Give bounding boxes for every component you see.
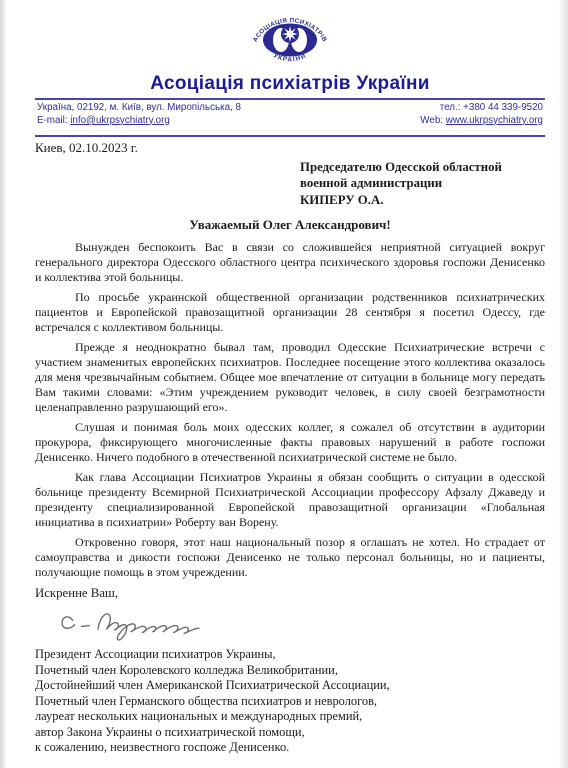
org-title: Асоціація психіатрів України	[35, 73, 545, 94]
body-paragraph: Как глава Ассоциации Психиатров Украины …	[35, 470, 545, 530]
addressee-block: Председателю Одесской областной военной …	[300, 159, 545, 209]
body-paragraph: Прежде я неоднократно бывал там, проводи…	[35, 340, 545, 415]
credential-line: автор Закона Украины о психиатрической п…	[35, 725, 545, 741]
org-logo: АСОЦІАЦІЯ ПСИХІАТРІВ УКРАЇНИ	[35, 6, 545, 72]
credential-line: Почетный член Германского общества психи…	[35, 694, 545, 710]
addressee-line: КИПЕРУ О.А.	[300, 192, 545, 209]
credential-line: к сожалению, неизвестного госпоже Денисе…	[35, 740, 545, 756]
signature-scribble	[43, 603, 545, 643]
header-rule-bottom	[35, 135, 545, 137]
org-email-line: E-mail: info@ukrpsychiatry.org	[37, 115, 241, 128]
credential-line: Достойнейший член Американской Психиатри…	[35, 678, 545, 694]
credential-line: Почетный член Королевского колледжа Вели…	[35, 663, 545, 679]
web-label: Web:	[420, 115, 445, 126]
credential-line: лауреат нескольких национальных и междун…	[35, 709, 545, 725]
letter-page: АСОЦІАЦІЯ ПСИХІАТРІВ УКРАЇНИ Асоціація п…	[0, 0, 568, 756]
body-paragraph: По просьбе украинской общественной орган…	[35, 290, 545, 335]
email-link: info@ukrpsychiatry.org	[70, 115, 170, 126]
contact-bar: Україна, 02192, м. Київ, вул. Миропільсь…	[35, 100, 545, 131]
body-paragraph: Откровенно говоря, этот наш национальный…	[35, 535, 545, 580]
date-place: Киев, 02.10.2023 г.	[35, 140, 545, 155]
org-logo-image: АСОЦІАЦІЯ ПСИХІАТРІВ УКРАЇНИ	[248, 6, 332, 72]
body-paragraph: Вынужден беспокоить Вас в связи со сложи…	[35, 240, 545, 285]
org-address: Україна, 02192, м. Київ, вул. Миропільсь…	[37, 102, 241, 115]
addressee-line: военной администрации	[300, 175, 545, 192]
org-phone: тел.: +380 44 339-9520	[420, 102, 543, 115]
contact-right: тел.: +380 44 339-9520 Web: www.ukrpsych…	[420, 102, 543, 128]
credentials-block: Президент Ассоциации психиатров Украины,…	[35, 647, 545, 756]
closing-phrase: Искренне Ваш,	[35, 585, 545, 601]
web-link: www.ukrpsychiatry.org	[446, 115, 543, 126]
addressee-line: Председателю Одесской областной	[300, 159, 545, 176]
credential-line: Президент Ассоциации психиатров Украины,	[35, 647, 545, 663]
starburst-icon	[282, 26, 298, 42]
letter-body: Вынужден беспокоить Вас в связи со сложи…	[35, 240, 545, 580]
org-web-line: Web: www.ukrpsychiatry.org	[420, 115, 543, 128]
contact-left: Україна, 02192, м. Київ, вул. Миропільсь…	[37, 102, 241, 128]
body-paragraph: Слушая и понимая боль моих одесских колл…	[35, 420, 545, 465]
signature-image	[43, 603, 273, 643]
salutation: Уважаемый Олег Александрович!	[35, 217, 545, 233]
email-label: E-mail:	[37, 115, 70, 126]
